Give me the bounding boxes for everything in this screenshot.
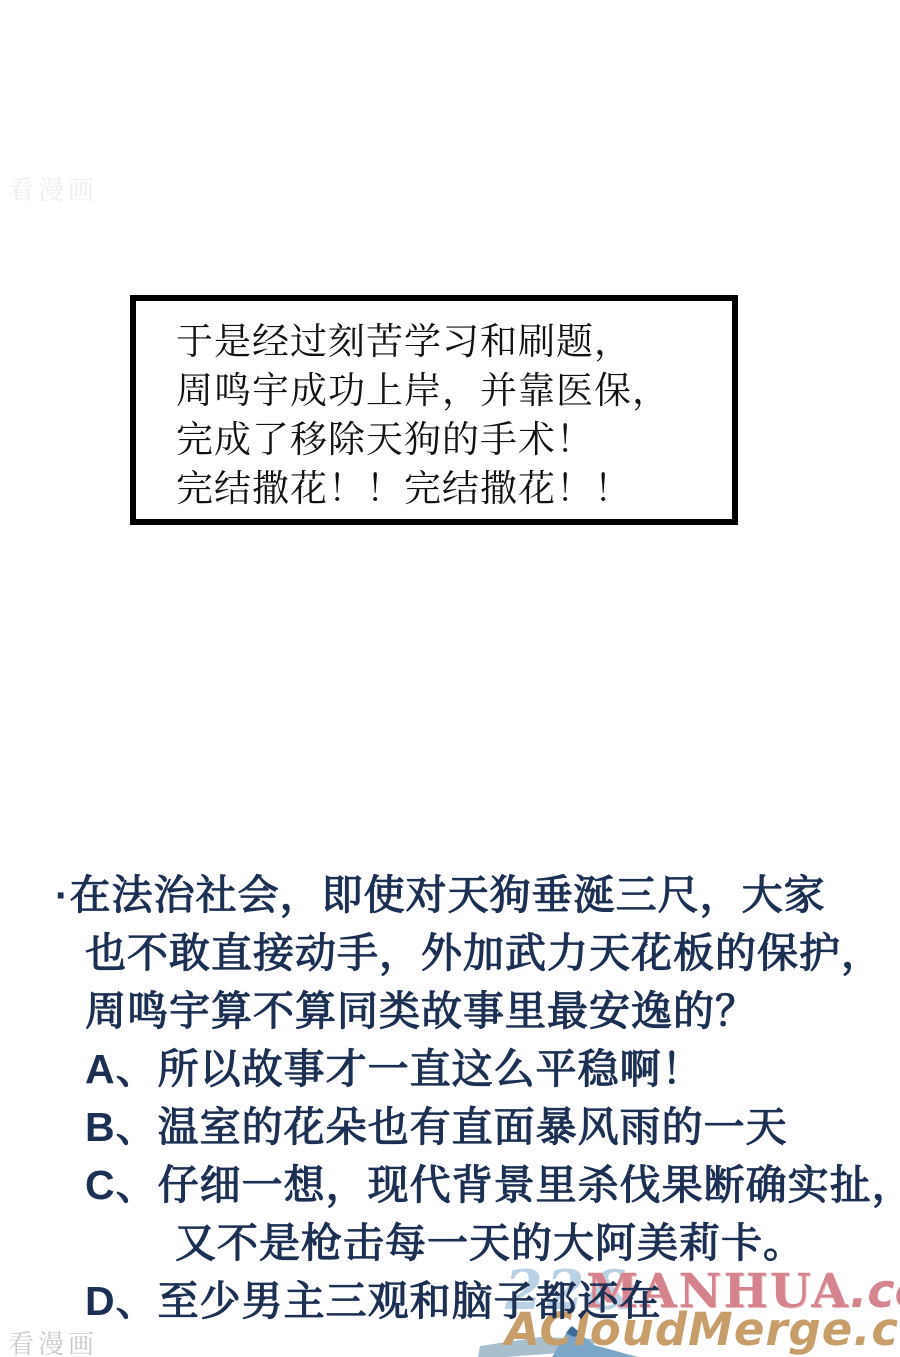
option-b-line: B、温室的花朵也有直面暴风雨的一天 xyxy=(55,1098,875,1156)
option-d-line: D、至少男主三观和脑子都还在 xyxy=(55,1272,875,1330)
question-block: ·在法治社会，即使对天狗垂涎三尺，大家 也不敢直接动手，外加武力天花板的保护， … xyxy=(55,866,875,1330)
watermark-reader-bottom: 看漫画 xyxy=(8,1324,98,1357)
option-a-line: A、所以故事才一直这么平稳啊！ xyxy=(55,1040,875,1098)
question-line: 也不敢直接动手，外加武力天花板的保护， xyxy=(55,924,875,982)
option-c-line: C、仔细一想，现代背景里杀伐果断确实扯， xyxy=(55,1156,875,1214)
question-line: 周鸣宇算不算同类故事里最安逸的？ xyxy=(55,982,875,1040)
narration-line: 于是经过刻苦学习和刷题， xyxy=(176,317,712,366)
watermark-reader-top: 看漫画 xyxy=(8,170,98,207)
narration-line: 完结撒花！！完结撒花！！ xyxy=(176,464,712,513)
question-line: ·在法治社会，即使对天狗垂涎三尺，大家 xyxy=(55,866,875,924)
narration-line: 完成了移除天狗的手术！ xyxy=(176,415,712,464)
comic-page: 看漫画 于是经过刻苦学习和刷题， 周鸣宇成功上岸，并靠医保， 完成了移除天狗的手… xyxy=(0,0,900,1357)
option-c-continuation-line: 又不是枪击每一天的大阿美莉卡。 xyxy=(55,1214,875,1272)
narration-line: 周鸣宇成功上岸，并靠医保， xyxy=(176,366,712,415)
narration-box: 于是经过刻苦学习和刷题， 周鸣宇成功上岸，并靠医保， 完成了移除天狗的手术！ 完… xyxy=(130,295,738,525)
